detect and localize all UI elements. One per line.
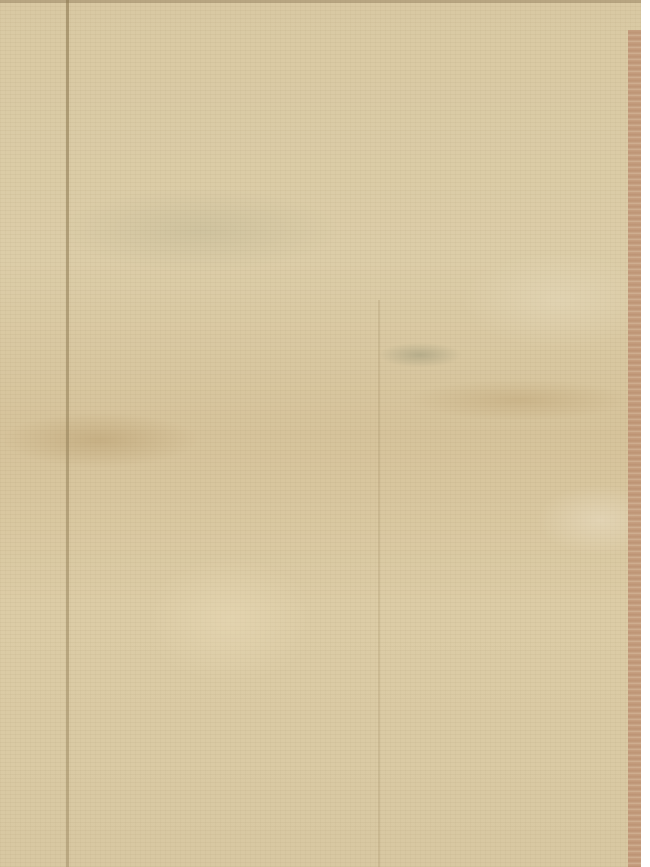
rug-seam-left — [66, 0, 69, 867]
rug-photo — [0, 0, 641, 867]
rug-seam-center — [378, 300, 380, 867]
rug-selvedge-right — [628, 30, 641, 867]
rug-top-edge — [0, 0, 641, 3]
